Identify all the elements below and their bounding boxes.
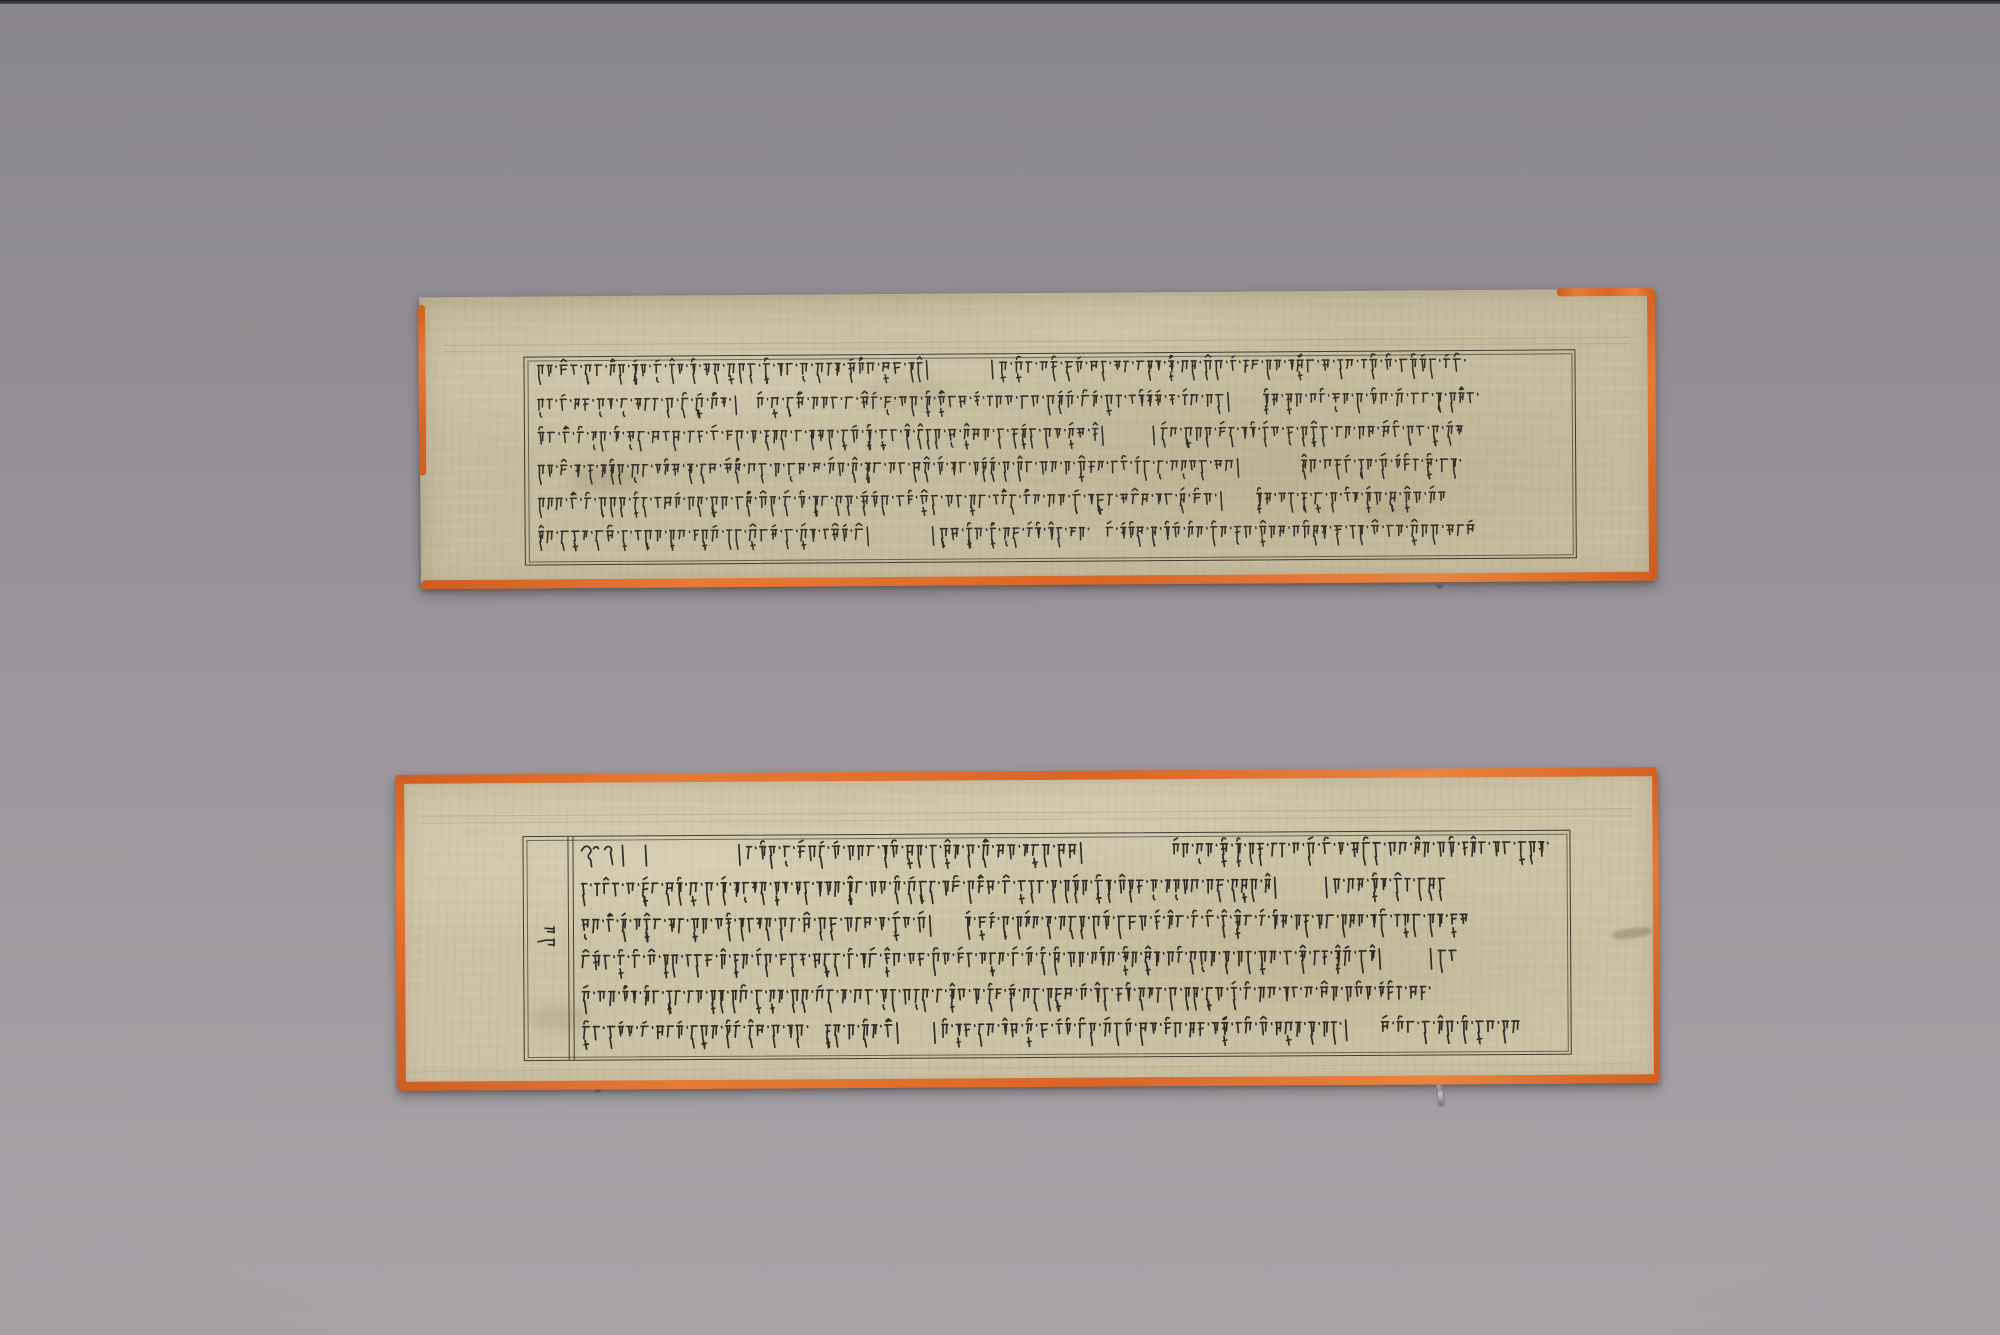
printed-text-glyphs (539, 512, 1563, 565)
paper-crease (422, 808, 1633, 816)
text-frame-bottom-leaf: ཀ༔ ༄༅། ། །ལ་ཞིན་དུ་སེམས་ལ་བབས་པའི་རྣམ་པ་… (522, 830, 1571, 1061)
paper-top-leaf: དང་ཆོས་ཉུར་པོས་མྱུར་དུ་གོང་གི་ཆས་རྣམས་ཀྱ… (419, 289, 1656, 589)
paper-bottom-leaf: ཀ༔ ༄༅། ། །ལ་ཞིན་དུ་སེམས་ལ་བབས་པའི་རྣམ་པ་… (396, 768, 1659, 1090)
manuscript-leaf-top: དང་ཆོས་ཉུར་པོས་མྱུར་དུ་གོང་གི་ཆས་རྣམས་ཀྱ… (419, 289, 1656, 589)
paper-crease (444, 337, 1630, 346)
paper-crease (422, 815, 1633, 823)
text-line: གྱིས་གཞན་ལ་དབང་བསྒྱུར་ཅིང་ཚོས་ཁ་ཕས་ བྱུང… (583, 1017, 1561, 1059)
printed-text-block: ༄༅། ། །ལ་ཞིན་དུ་སེམས་ལ་བབས་པའི་རྣམ་པ་སྨོ… (523, 831, 1570, 1060)
printed-text-glyphs (583, 1008, 1561, 1060)
printed-text-block: དང་ཆོས་ཉུར་པོས་མྱུར་དུ་གོང་གི་ཆས་རྣམས་ཀྱ… (524, 350, 1575, 564)
text-frame-top-leaf: དང་ཆོས་ཉུར་པོས་མྱུར་དུ་གོང་གི་ཆས་རྣམས་ཀྱ… (523, 349, 1576, 565)
text-line: བོར་འགྱུར་བའི་ལྕ་བཟུས་སྒྲུབ་འབྱུང་བས་དྲོ… (539, 521, 1563, 561)
paper-crease (423, 1063, 1634, 1071)
photo-top-edge (0, 0, 2000, 4)
scratch-mark (1612, 925, 1653, 941)
manuscript-leaf-bottom: ཀ༔ ༄༅། ། །ལ་ཞིན་དུ་སེམས་ལ་བབས་པའི་རྣམ་པ་… (396, 768, 1659, 1090)
photo-vignette (0, 0, 2000, 1335)
metal-pin (1437, 1086, 1444, 1105)
